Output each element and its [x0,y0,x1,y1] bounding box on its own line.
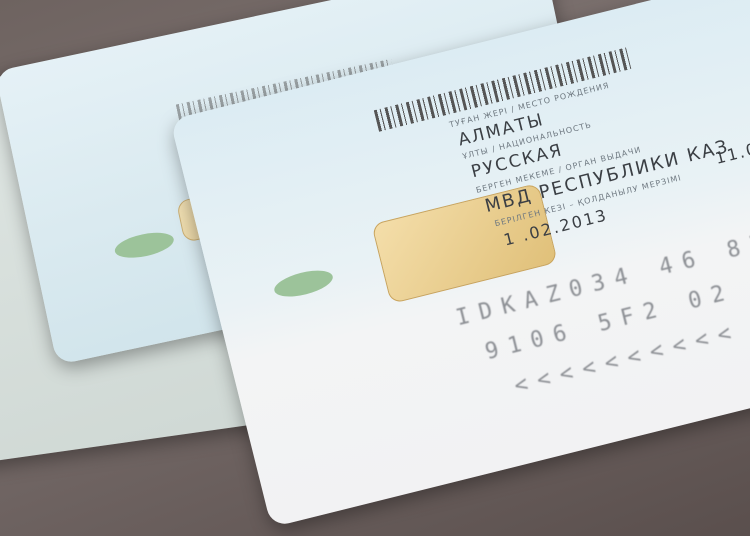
map-icon [113,228,176,262]
map-icon [272,266,336,302]
